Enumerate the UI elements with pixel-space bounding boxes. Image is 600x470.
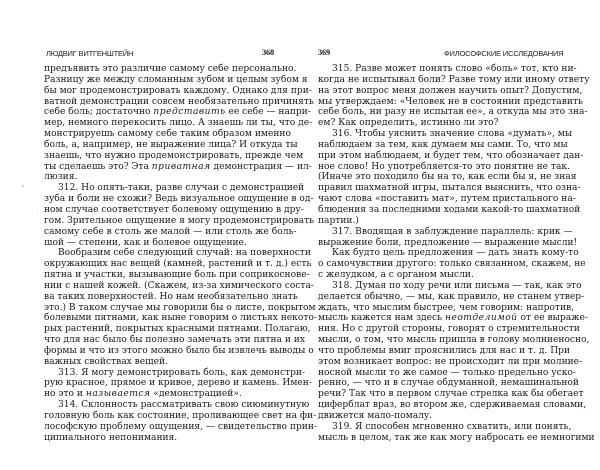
page-body-text: предъявить это различие самому себе перс… xyxy=(44,64,276,444)
text-line: что для нас было бы полезно замечать эти… xyxy=(44,335,276,346)
text-line: циферблат враз, во втором же, сдерживаем… xyxy=(318,400,558,411)
text-line: 318. Думая по ходу речи или письма — так… xyxy=(318,281,558,292)
text-line: ном случае соответствует болевому ощущен… xyxy=(44,205,276,216)
text-line: головную боль как состояние, проливающее… xyxy=(44,411,276,422)
text-line: себе боль, ни разу не испытав ее», а отк… xyxy=(318,107,558,118)
text-line: но это и называется «демонстрацией». xyxy=(44,389,276,400)
text-run: «демонстрацией». xyxy=(151,389,242,399)
text-line: предъявить это различие самому себе перс… xyxy=(44,64,276,75)
text-line: себе боль; достаточно представить ее себ… xyxy=(44,107,276,118)
text-line: когда не испытывал боли? Разве тому или … xyxy=(318,75,558,86)
text-line: окружающих нас вещей (камней, растений и… xyxy=(44,259,276,270)
text-line: формы и что из этого можно было бы извле… xyxy=(44,346,276,357)
text-line: делается обычно, — мы, как правило, не с… xyxy=(318,292,558,303)
text-run: ты сделаешь это? Эта xyxy=(44,162,152,172)
page-number: 369 xyxy=(318,48,330,57)
text-line: с желудком, а с органом мысли. xyxy=(318,270,558,281)
text-line: мысли, о том, что мысль пришла в голову … xyxy=(318,335,558,346)
text-line: 319. Я способен мгновенно схватить, или … xyxy=(318,422,558,433)
text-line: важных свойствах вещей. xyxy=(44,357,276,368)
text-line: выражение боли, предложение — выражение … xyxy=(318,238,558,249)
text-line: нии с нашей кожей. (Скажем, из-за химиче… xyxy=(44,281,276,292)
text-line: 313. Я могу демонстрировать боль, как де… xyxy=(44,368,276,379)
text-line: мы утверждаем: «Человек не в состоянии п… xyxy=(318,97,558,108)
page-body-text: 315. Разве может понять слово «боль» тот… xyxy=(318,64,558,444)
running-head-title: Людвиг Витгенштейн xyxy=(46,49,133,58)
text-line: бы мог продемонстрировать каждому. Однак… xyxy=(44,86,276,97)
text-line: ждать, что мыслим быстрее, чем говорим: … xyxy=(318,303,558,314)
right-page: 369 Философские исследования 315. Разве … xyxy=(300,0,600,470)
text-line: болевыми пятнами, как ныне говорим о лис… xyxy=(44,313,276,324)
text-line: (Иначе это походило бы на то, как если б… xyxy=(318,172,558,183)
text-line: ватной демонстрации совсем необязательно… xyxy=(44,97,276,108)
text-line: люзия. xyxy=(44,172,276,183)
text-run: мысль кажется нам здесь xyxy=(318,313,445,323)
text-line: 317. Вводящая в заблуждение параллель: к… xyxy=(318,227,558,238)
text-run: демонстрация — ил- xyxy=(211,162,312,172)
left-page: Людвиг Витгенштейн 368 предъявить это ра… xyxy=(0,0,300,470)
text-line: о самочувствии другого: только связанном… xyxy=(318,259,558,270)
running-head-title: Философские исследования xyxy=(444,49,563,58)
text-line: мысль в целом, так же как могу набросать… xyxy=(318,433,558,444)
text-run: от ее выраже- xyxy=(518,313,588,323)
text-line: рую красное, прямое и кривое, дерево и к… xyxy=(44,378,276,389)
text-run: ее себе — напри- xyxy=(226,107,311,117)
text-line: 312. Но опять-таки, разве случаи с демон… xyxy=(44,183,276,194)
text-line: Разницу же между сломанным зубом и целым… xyxy=(44,75,276,86)
text-line: мер, немного перекосить лицо. А знаешь л… xyxy=(44,118,276,129)
text-line: носной мысли то же самое — только предел… xyxy=(318,368,558,379)
text-line: речи? Так что в первом случае стрелка ка… xyxy=(318,389,558,400)
text-line: гом. Зрительное ощущение я могу продемон… xyxy=(44,216,276,227)
emphasized-word: называется xyxy=(86,389,151,399)
text-line: ния. Но с другой стороны, говорят о стре… xyxy=(318,324,558,335)
emphasized-word: представить xyxy=(153,107,225,117)
text-line: ва таких поверхностей. Но нам необязател… xyxy=(44,292,276,303)
text-run: но это и xyxy=(44,389,86,399)
text-line: самому себе в столь же малой — или столь… xyxy=(44,227,276,238)
text-line: 314. Склонность рассматривать свою сиюми… xyxy=(44,400,276,411)
text-line: лософскую проблему ощущения, — свидетель… xyxy=(44,422,276,433)
text-line: знаешь, что нужно продемонстрировать, пр… xyxy=(44,151,276,162)
scan-speck xyxy=(37,210,38,211)
text-line: ем? Как определить, истинно ли это? xyxy=(318,118,558,129)
text-line: шой — степени, как и болевое ощущение. xyxy=(44,238,276,249)
running-head: 369 Философские исследования xyxy=(318,48,558,60)
text-line: рых растений, покрытых красными пятнами.… xyxy=(44,324,276,335)
text-line: ное слово! Но употребляется-то это понят… xyxy=(318,162,558,173)
text-line: 316. Чтобы уяснить значение слова «думат… xyxy=(318,129,558,140)
text-line: движется мало-помалу. xyxy=(318,411,558,422)
text-line: ты сделаешь это? Эта приватная демонстра… xyxy=(44,162,276,173)
text-line: правил шахматной игры, пытался выяснить,… xyxy=(318,183,558,194)
scan-speck xyxy=(22,185,24,187)
text-line: пятна и участки, вызывающие боль при соп… xyxy=(44,270,276,281)
text-line: что проблемы вмиг прояснились для нас и … xyxy=(318,346,558,357)
running-head: Людвиг Витгенштейн 368 xyxy=(46,48,274,60)
page-number: 368 xyxy=(262,48,274,57)
text-line: зуба и боли не схожи? Ведь визуальное ощ… xyxy=(44,194,276,205)
text-line: Вообразим себе следующий случай: на пове… xyxy=(44,248,276,259)
text-line: Как будто цель предложения — дать знать … xyxy=(318,248,558,259)
text-line: ренно, — что и в случае обдуманной, нема… xyxy=(318,378,558,389)
emphasized-word: неотделимой xyxy=(445,313,518,323)
text-line: ципиального непонимания. xyxy=(44,433,276,444)
text-line: блюдения за последними ходами какой-то ш… xyxy=(318,205,558,216)
text-line: боль, а, например, не выражение лица? И … xyxy=(44,140,276,151)
text-line: это.) В таком случае мы говорили бы о ли… xyxy=(44,303,276,314)
text-line: партии.) xyxy=(318,216,558,227)
emphasized-word: приватная xyxy=(152,162,211,172)
text-line: чают слова «поставить мат», путем приста… xyxy=(318,194,558,205)
text-line: этом возникает вопрос: не происходит ли … xyxy=(318,357,558,368)
text-line: монстрируешь самому себе таким образом и… xyxy=(44,129,276,140)
text-run: себе боль; достаточно xyxy=(44,107,153,117)
text-line: мысль кажется нам здесь неотделимой от е… xyxy=(318,313,558,324)
text-line: наблюдаем за тем, как думаем мы сами. То… xyxy=(318,140,558,151)
text-line: 315. Разве может понять слово «боль» тот… xyxy=(318,64,558,75)
text-line: на этот вопрос меня должен научить опыт?… xyxy=(318,86,558,97)
text-line: при этом наблюдаем, и будет тем, что обо… xyxy=(318,151,558,162)
